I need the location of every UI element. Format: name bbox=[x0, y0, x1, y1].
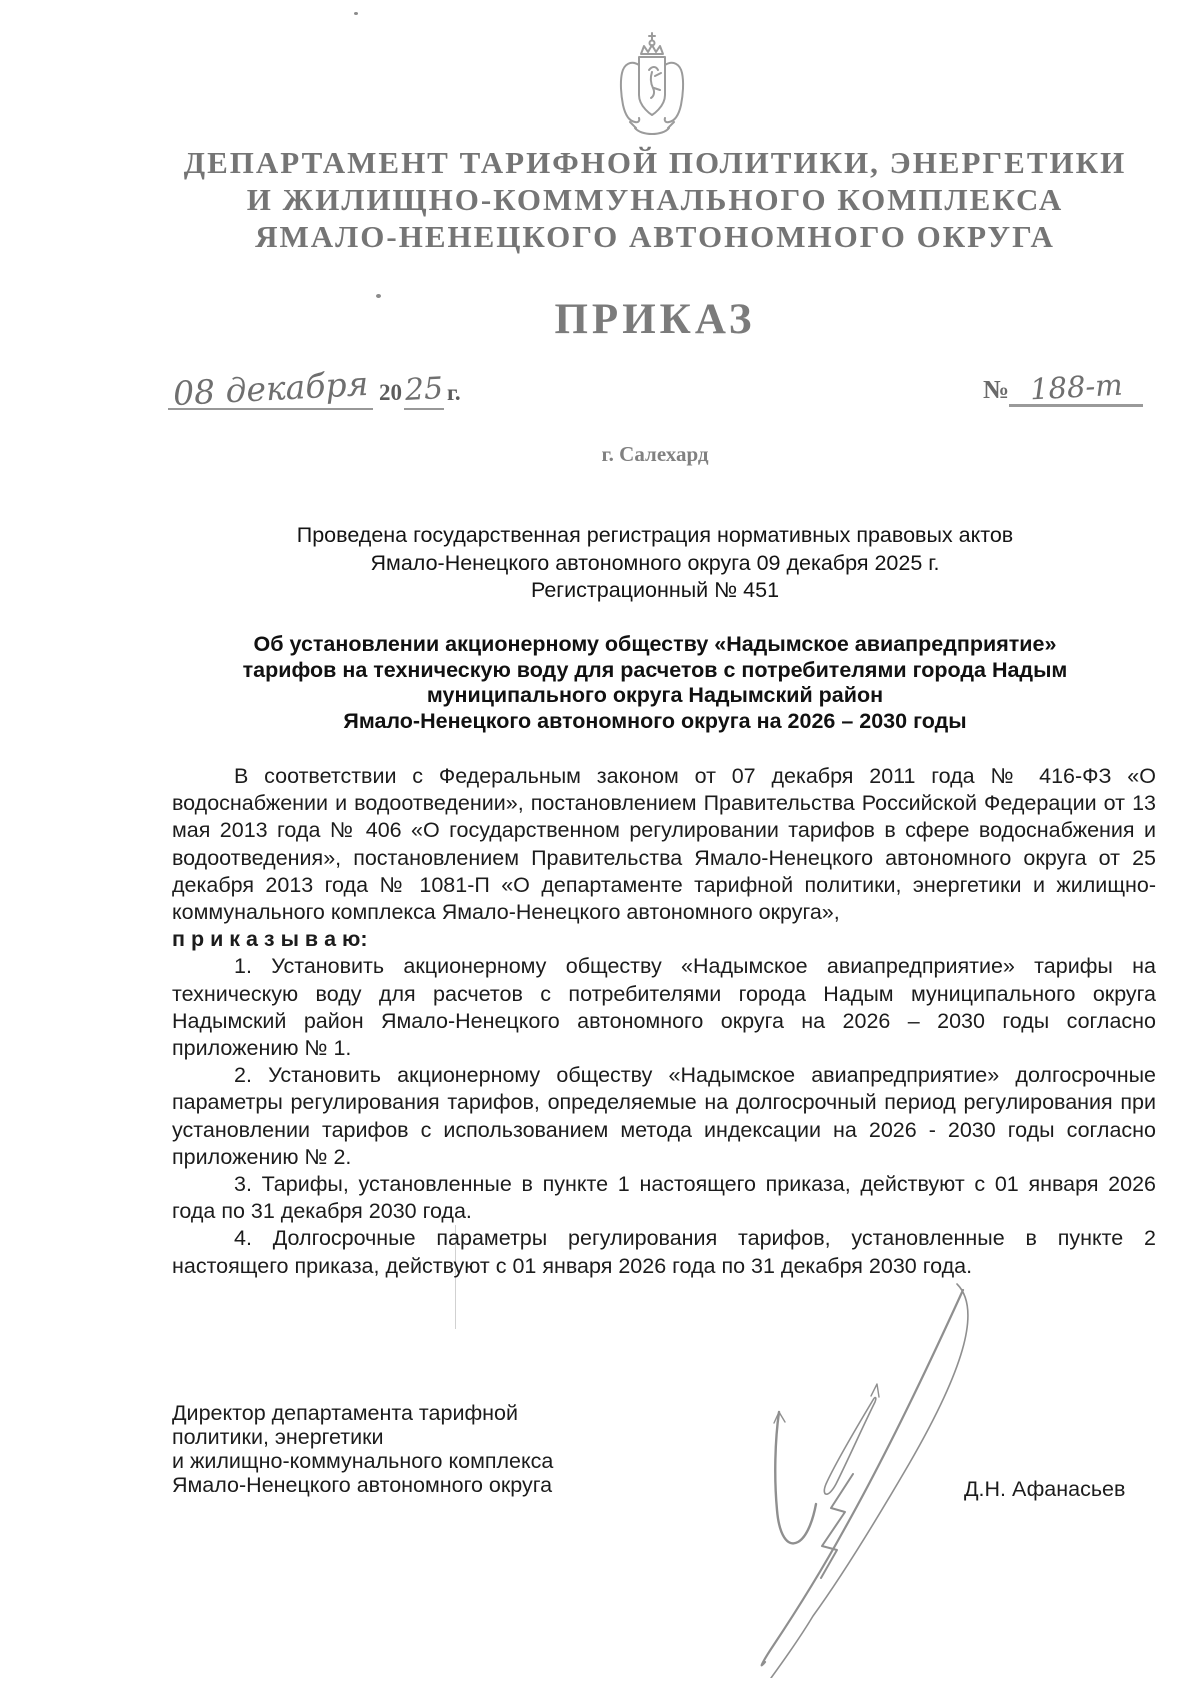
position-line: Директор департамента тарифной bbox=[172, 1401, 642, 1425]
subject-line: муниципального округа Надымский район bbox=[150, 683, 1160, 709]
registration-line: Регистрационный № 451 bbox=[150, 577, 1160, 605]
intro-paragraph: В соответствии с Федеральным законом от … bbox=[172, 763, 1156, 953]
document-page: ДЕПАРТАМЕНТ ТАРИФНОЙ ПОЛИТИКИ, ЭНЕРГЕТИК… bbox=[0, 0, 1200, 1700]
position-line: Ямало-Ненецкого автономного округа bbox=[172, 1473, 642, 1497]
subject-line: Об установлении акционерному обществу «Н… bbox=[150, 632, 1160, 658]
order-subject: Об установлении акционерному обществу «Н… bbox=[150, 632, 1160, 734]
order-number-field: № 188-т bbox=[983, 372, 1143, 407]
order-word: ПРИКАЗ bbox=[150, 295, 1160, 344]
letterhead-line: ЯМАЛО-НЕНЕЦКОГО АВТОНОМНОГО ОКРУГА bbox=[150, 218, 1160, 255]
letterhead-line: И ЖИЛИЩНО-КОММУНАЛЬНОГО КОМПЛЕКСА bbox=[150, 181, 1160, 218]
order-item-1: 1. Установить акционерному обществу «Над… bbox=[172, 953, 1156, 1062]
signatory-position: Директор департамента тарифной политики,… bbox=[172, 1401, 642, 1497]
order-item-2: 2. Установить акционерному обществу «Над… bbox=[172, 1062, 1156, 1171]
prikazyvayu: п р и к а з ы в а ю: bbox=[172, 927, 368, 951]
printed-year-prefix: 20 bbox=[373, 380, 404, 410]
letterhead: ДЕПАРТАМЕНТ ТАРИФНОЙ ПОЛИТИКИ, ЭНЕРГЕТИК… bbox=[150, 144, 1160, 255]
coat-of-arms-icon bbox=[611, 30, 693, 142]
registration-line: Проведена государственная регистрация но… bbox=[150, 522, 1160, 550]
scan-speck bbox=[354, 12, 358, 15]
order-item-3: 3. Тарифы, установленные в пункте 1 наст… bbox=[172, 1171, 1156, 1225]
order-item-4: 4. Долгосрочные параметры регулирования … bbox=[172, 1225, 1156, 1279]
number-sign: № bbox=[983, 375, 1009, 407]
subject-line: тарифов на техническую воду для расчетов… bbox=[150, 658, 1160, 684]
position-line: политики, энергетики bbox=[172, 1425, 642, 1449]
handwritten-day-month: 08 декабря bbox=[168, 372, 373, 410]
subject-line: Ямало-Ненецкого автономного округа на 20… bbox=[150, 709, 1160, 735]
handwritten-order-number: 188-т bbox=[1009, 372, 1143, 407]
order-body: В соответствии с Федеральным законом от … bbox=[172, 763, 1156, 1280]
handwritten-year: 25 bbox=[404, 375, 444, 410]
registration-line: Ямало-Ненецкого автономного округа 09 де… bbox=[150, 550, 1160, 578]
letterhead-line: ДЕПАРТАМЕНТ ТАРИФНОЙ ПОЛИТИКИ, ЭНЕРГЕТИК… bbox=[150, 144, 1160, 181]
date-field: 08 декабря 20 25 г. bbox=[168, 372, 461, 410]
position-line: и жилищно-коммунального комплекса bbox=[172, 1449, 642, 1473]
signatory-name: Д.Н. Афанасьев bbox=[964, 1477, 1125, 1502]
registration-note: Проведена государственная регистрация но… bbox=[150, 522, 1160, 605]
printed-year-suffix: г. bbox=[444, 380, 461, 410]
city-line: г. Салехард bbox=[150, 442, 1160, 467]
